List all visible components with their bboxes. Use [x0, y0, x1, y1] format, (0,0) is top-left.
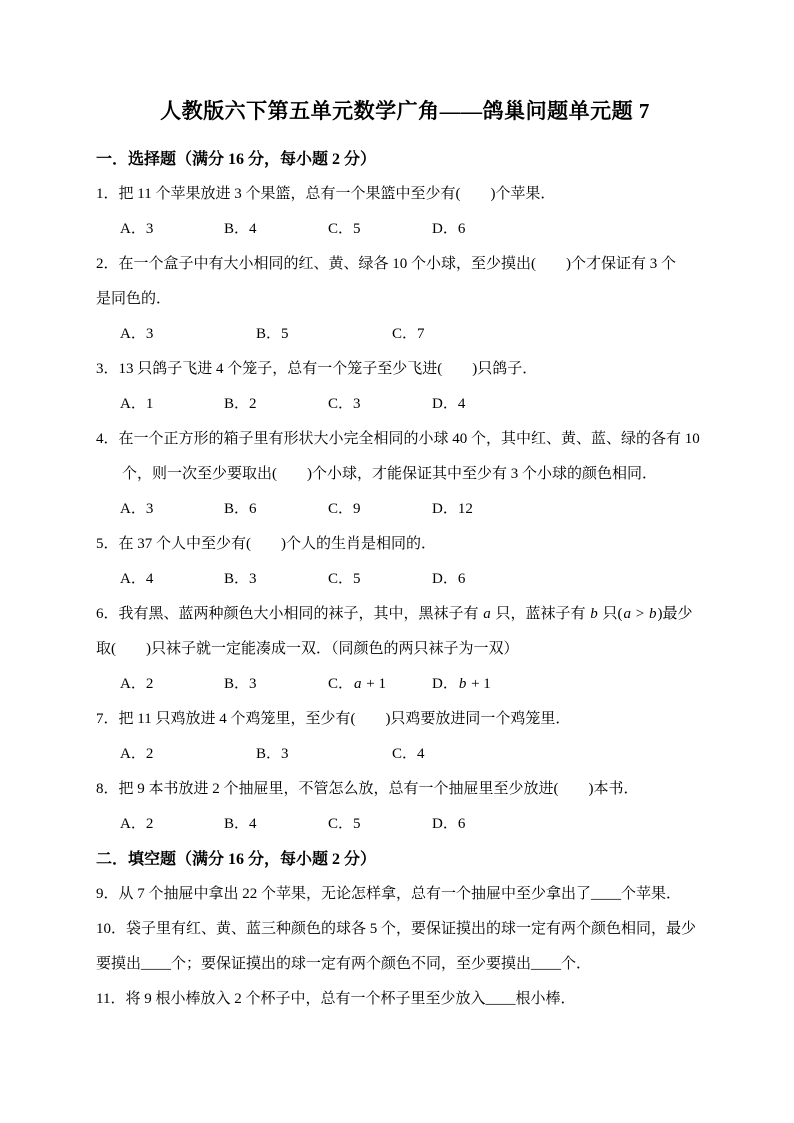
text-run: 只，蓝袜子有 — [492, 606, 590, 622]
text-run: + 1 — [467, 676, 490, 692]
option-label: B．3 — [224, 562, 328, 597]
option-label: B．4 — [224, 807, 328, 842]
question-text: 7．把 11 只鸡放进 4 个鸡笼里，至少有( )只鸡要放进同一个鸡笼里． — [96, 702, 714, 737]
question-text: 11．将 9 根小棒放入 2 个杯子中，总有一个杯子里至少放入____根小棒． — [96, 982, 714, 1017]
option-label: C．5 — [328, 212, 432, 247]
question-text: 10．袋子里有红、黄、蓝三种颜色的球各 5 个，要保证摸出的球一定有两个颜色相同… — [96, 912, 714, 947]
text-run: A．2 — [120, 816, 153, 832]
option-label: C．5 — [328, 807, 432, 842]
text-run: 11．将 9 根小棒放入 2 个杯子中，总有一个杯子里至少放入____根小棒． — [96, 991, 575, 1007]
option-label: D．6 — [432, 212, 536, 247]
option-label: A．3 — [120, 492, 224, 527]
options-row: A．3B．5C．7 — [96, 317, 714, 352]
options-row: A．4B．3C．5D．6 — [96, 562, 714, 597]
text-run: C．9 — [328, 501, 361, 517]
option-label: C．9 — [328, 492, 432, 527]
text-run: 7．把 11 只鸡放进 4 个鸡笼里，至少有( )只鸡要放进同一个鸡笼里． — [96, 711, 570, 727]
math-variable: b — [589, 606, 599, 622]
text-run: > — [632, 606, 648, 622]
text-run: C．7 — [392, 326, 425, 342]
page-title: 人教版六下第五单元数学广角——鸽巢问题单元题 7 — [96, 90, 714, 132]
text-run: B．2 — [224, 396, 257, 412]
section-heading: 二．填空题（满分 16 分，每小题 2 分） — [96, 842, 714, 877]
question-text: 1．把 11 个苹果放进 3 个果篮，总有一个果篮中至少有( )个苹果． — [96, 177, 714, 212]
text-run: 3．13 只鸽子飞进 4 个笼子，总有一个笼子至少飞进( )只鸽子． — [96, 361, 537, 377]
option-label: A．3 — [120, 317, 256, 352]
option-label: C．4 — [392, 737, 528, 772]
text-run: B．4 — [224, 816, 257, 832]
option-label: D．6 — [432, 807, 536, 842]
text-run: A．2 — [120, 676, 153, 692]
option-label: D．12 — [432, 492, 536, 527]
text-run: C． — [328, 676, 353, 692]
option-label: A．3 — [120, 212, 224, 247]
text-run: D．6 — [432, 816, 465, 832]
options-row: A．2B．4C．5D．6 — [96, 807, 714, 842]
option-label: A．2 — [120, 667, 224, 702]
text-run: 5．在 37 个人中至少有( )个人的生肖是相同的． — [96, 536, 436, 552]
question-text: 6．我有黑、蓝两种颜色大小相同的袜子，其中，黑袜子有 a 只，蓝袜子有 b 只(… — [96, 597, 714, 632]
text-run: D． — [432, 676, 458, 692]
text-run: C．5 — [328, 816, 361, 832]
text-run: 1．把 11 个苹果放进 3 个果篮，总有一个果篮中至少有( )个苹果． — [96, 186, 555, 202]
text-run: A．2 — [120, 746, 153, 762]
question-text: 8．把 9 本书放进 2 个抽屉里，不管怎么放，总有一个抽屉里至少放进( )本书… — [96, 772, 714, 807]
math-variable: b — [458, 676, 468, 692]
question-text: 9．从 7 个抽屉中拿出 22 个苹果，无论怎样拿，总有一个抽屉中至少拿出了__… — [96, 877, 714, 912]
text-run: 只( — [599, 606, 623, 622]
text-run: 4．在一个正方形的箱子里有形状大小完全相同的小球 40 个，其中红、黄、蓝、绿的… — [96, 431, 700, 447]
worksheet-content: 人教版六下第五单元数学广角——鸽巢问题单元题 7 一．选择题（满分 16 分，每… — [0, 0, 794, 1017]
option-label: B．3 — [256, 737, 392, 772]
option-label: A．2 — [120, 737, 256, 772]
text-run: A．1 — [120, 396, 153, 412]
text-run: C．5 — [328, 221, 361, 237]
question-text: 取( )只袜子就一定能凑成一双．（同颜色的两只袜子为一双） — [96, 632, 714, 667]
text-run: 个，则一次至少要取出( )个小球，才能保证其中至少有 3 个小球的颜色相同． — [122, 466, 657, 482]
option-label: B．6 — [224, 492, 328, 527]
text-run: B．3 — [224, 676, 257, 692]
text-run: 10．袋子里有红、黄、蓝三种颜色的球各 5 个，要保证摸出的球一定有两个颜色相同… — [96, 921, 696, 937]
text-run: B．3 — [256, 746, 289, 762]
question-text: 是同色的． — [96, 282, 714, 317]
text-run: 8．把 9 本书放进 2 个抽屉里，不管怎么放，总有一个抽屉里至少放进( )本书… — [96, 781, 639, 797]
text-run: 是同色的． — [96, 291, 171, 307]
section-heading: 一．选择题（满分 16 分，每小题 2 分） — [96, 142, 714, 177]
option-label: B．4 — [224, 212, 328, 247]
text-run: B．3 — [224, 571, 257, 587]
question-text: 5．在 37 个人中至少有( )个人的生肖是相同的． — [96, 527, 714, 562]
text-run: A．3 — [120, 326, 153, 342]
option-label: B．3 — [224, 667, 328, 702]
text-run: C．3 — [328, 396, 361, 412]
options-row: A．3B．6C．9D．12 — [96, 492, 714, 527]
option-label: B．5 — [256, 317, 392, 352]
option-label: A．1 — [120, 387, 224, 422]
option-label: D．b + 1 — [432, 667, 536, 702]
text-run: C．5 — [328, 571, 361, 587]
text-run: B．4 — [224, 221, 257, 237]
question-text: 3．13 只鸽子飞进 4 个笼子，总有一个笼子至少飞进( )只鸽子． — [96, 352, 714, 387]
options-row: A．2B．3C．a + 1D．b + 1 — [96, 667, 714, 702]
text-run: 取( )只袜子就一定能凑成一双．（同颜色的两只袜子为一双） — [96, 641, 519, 657]
text-run: B．6 — [224, 501, 257, 517]
option-label: D．4 — [432, 387, 536, 422]
question-text: 2．在一个盒子中有大小相同的红、黄、绿各 10 个小球，至少摸出( )个才保证有… — [96, 247, 714, 282]
option-label: A．4 — [120, 562, 224, 597]
text-run: D．12 — [432, 501, 473, 517]
question-text: 个，则一次至少要取出( )个小球，才能保证其中至少有 3 个小球的颜色相同． — [96, 457, 714, 492]
option-label: A．2 — [120, 807, 224, 842]
text-run: B．5 — [256, 326, 289, 342]
text-run: 要摸出____个；要保证摸出的球一定有两个颜色不同，至少要摸出____个． — [96, 956, 591, 972]
text-run: A．3 — [120, 501, 153, 517]
worksheet-body: 一．选择题（满分 16 分，每小题 2 分）1．把 11 个苹果放进 3 个果篮… — [96, 142, 714, 1017]
options-row: A．2B．3C．4 — [96, 737, 714, 772]
text-run: D．6 — [432, 221, 465, 237]
options-row: A．3B．4C．5D．6 — [96, 212, 714, 247]
option-label: C．a + 1 — [328, 667, 432, 702]
math-variable: b — [648, 606, 658, 622]
text-run: A．3 — [120, 221, 153, 237]
text-run: + 1 — [363, 676, 386, 692]
text-run: D．4 — [432, 396, 465, 412]
worksheet-page: 人教版六下第五单元数学广角——鸽巢问题单元题 7 一．选择题（满分 16 分，每… — [0, 0, 794, 1123]
question-text: 要摸出____个；要保证摸出的球一定有两个颜色不同，至少要摸出____个． — [96, 947, 714, 982]
text-run: A．4 — [120, 571, 153, 587]
text-run: )最少 — [658, 606, 693, 622]
option-label: C．3 — [328, 387, 432, 422]
math-variable: a — [482, 606, 492, 622]
option-label: C．7 — [392, 317, 528, 352]
question-text: 4．在一个正方形的箱子里有形状大小完全相同的小球 40 个，其中红、黄、蓝、绿的… — [96, 422, 714, 457]
text-run: 2．在一个盒子中有大小相同的红、黄、绿各 10 个小球，至少摸出( )个才保证有… — [96, 256, 676, 272]
option-label: D．6 — [432, 562, 536, 597]
option-label: C．5 — [328, 562, 432, 597]
options-row: A．1B．2C．3D．4 — [96, 387, 714, 422]
text-run: C．4 — [392, 746, 425, 762]
math-variable: a — [623, 606, 633, 622]
text-run: D．6 — [432, 571, 465, 587]
text-run: 6．我有黑、蓝两种颜色大小相同的袜子，其中，黑袜子有 — [96, 606, 482, 622]
math-variable: a — [353, 676, 363, 692]
option-label: B．2 — [224, 387, 328, 422]
text-run: 9．从 7 个抽屉中拿出 22 个苹果，无论怎样拿，总有一个抽屉中至少拿出了__… — [96, 886, 681, 902]
